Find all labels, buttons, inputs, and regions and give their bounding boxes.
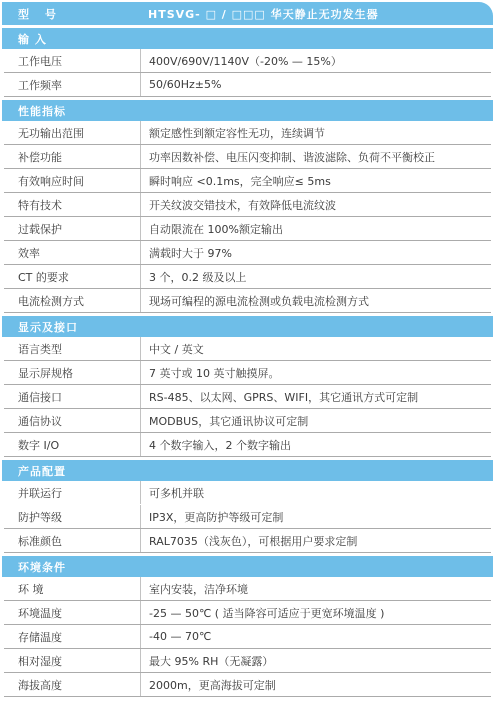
- spec-value: 可多机并联: [140, 481, 491, 504]
- section-rows: 环 境 室内安装，洁净环境 环境温度 -25 — 50℃ ( 适当降容可适应于更…: [0, 577, 495, 697]
- spec-label: 相对湿度: [4, 649, 140, 672]
- spec-value: RAL7035（浅灰色），可根据用户要求定制: [140, 529, 491, 552]
- spec-row: 标准颜色 RAL7035（浅灰色），可根据用户要求定制: [4, 529, 491, 553]
- section-header-bar: 输 入: [2, 28, 493, 49]
- spec-value: 开关纹波交错技术，有效降低电流纹波: [140, 193, 491, 216]
- spec-row: 通信接口 RS-485、以太网、GPRS、WIFI，其它通讯方式可定制: [4, 385, 491, 409]
- spec-row: 环 境 室内安装，洁净环境: [4, 577, 491, 601]
- spec-row: 显示屏规格 7 英寸或 10 英寸触摸屏。: [4, 361, 491, 385]
- spec-label: 无功输出范围: [4, 121, 140, 144]
- spec-label: 显示屏规格: [4, 361, 140, 384]
- spec-label: 环 境: [4, 577, 140, 600]
- spec-sheet: 型 号 HTSVG- □ / □□□ 华天静止无功发生器 输 入 工作电压 40…: [0, 0, 495, 703]
- spec-value: 7 英寸或 10 英寸触摸屏。: [140, 361, 491, 384]
- spec-value: 室内安装，洁净环境: [140, 577, 491, 600]
- spec-row: 数字 I/O 4 个数字输入，2 个数字输出: [4, 433, 491, 457]
- spec-label: 补偿功能: [4, 145, 140, 168]
- spec-value: 2000m，更高海拔可定制: [140, 673, 491, 696]
- spec-section: 显示及接口 语言类型 中文 / 英文 显示屏规格 7 英寸或 10 英寸触摸屏。…: [0, 316, 495, 457]
- section-title: 性能指标: [2, 103, 66, 119]
- spec-label: 防护等级: [4, 505, 140, 528]
- spec-label: 特有技术: [4, 193, 140, 216]
- spec-row: 有效响应时间 瞬时响应 <0.1ms，完全响应≤ 5ms: [4, 169, 491, 193]
- spec-sections: 输 入 工作电压 400V/690V/1140V（-20% — 15%） 工作频…: [0, 28, 495, 697]
- spec-section: 性能指标 无功输出范围 额定感性到额定容性无功，连续调节 补偿功能 功率因数补偿…: [0, 100, 495, 313]
- spec-value: 4 个数字输入，2 个数字输出: [140, 433, 491, 456]
- spec-row: 工作电压 400V/690V/1140V（-20% — 15%）: [4, 49, 491, 73]
- section-header-bar: 显示及接口: [2, 316, 493, 337]
- spec-value: MODBUS，其它通讯协议可定制: [140, 409, 491, 432]
- spec-value: 最大 95% RH（无凝露）: [140, 649, 491, 672]
- spec-row: 环境温度 -25 — 50℃ ( 适当降容可适应于更宽环境温度 ): [4, 601, 491, 625]
- spec-row: 存储温度 -40 — 70℃: [4, 625, 491, 649]
- spec-label: 工作频率: [4, 73, 140, 96]
- spec-value: 满载时大于 97%: [140, 241, 491, 264]
- spec-label: 有效响应时间: [4, 169, 140, 192]
- spec-label: 并联运行: [4, 481, 140, 504]
- spec-label: 环境温度: [4, 601, 140, 624]
- spec-row: 防护等级 IP3X，更高防护等级可定制: [4, 505, 491, 529]
- spec-value: IP3X，更高防护等级可定制: [140, 505, 491, 528]
- spec-label: 通信接口: [4, 385, 140, 408]
- section-header-bar: 产品配置: [2, 460, 493, 481]
- spec-row: 效率 满载时大于 97%: [4, 241, 491, 265]
- section-header-bar: 性能指标: [2, 100, 493, 121]
- spec-label: 电流检测方式: [4, 289, 140, 312]
- spec-section: 环境条件 环 境 室内安装，洁净环境 环境温度 -25 — 50℃ ( 适当降容…: [0, 556, 495, 697]
- spec-section: 产品配置 并联运行 可多机并联 防护等级 IP3X，更高防护等级可定制 标准颜色…: [0, 460, 495, 553]
- section-rows: 并联运行 可多机并联 防护等级 IP3X，更高防护等级可定制 标准颜色 RAL7…: [0, 481, 495, 553]
- spec-row: 过载保护 自动限流在 100%额定输出: [4, 217, 491, 241]
- spec-label: 存储温度: [4, 625, 140, 648]
- section-rows: 语言类型 中文 / 英文 显示屏规格 7 英寸或 10 英寸触摸屏。 通信接口 …: [0, 337, 495, 457]
- spec-value: -40 — 70℃: [140, 625, 491, 648]
- section-title: 产品配置: [2, 463, 66, 479]
- spec-row: 相对湿度 最大 95% RH（无凝露）: [4, 649, 491, 673]
- model-value: HTSVG- □ / □□□ 华天静止无功发生器: [138, 6, 379, 22]
- spec-label: 过载保护: [4, 217, 140, 240]
- spec-value: 瞬时响应 <0.1ms，完全响应≤ 5ms: [140, 169, 491, 192]
- spec-value: 现场可编程的源电流检测或负载电流检测方式: [140, 289, 491, 312]
- spec-label: 效率: [4, 241, 140, 264]
- spec-label: CT 的要求: [4, 265, 140, 288]
- spec-row: 电流检测方式 现场可编程的源电流检测或负载电流检测方式: [4, 289, 491, 313]
- spec-row: 海拔高度 2000m，更高海拔可定制: [4, 673, 491, 697]
- spec-row: 无功输出范围 额定感性到额定容性无功，连续调节: [4, 121, 491, 145]
- section-rows: 工作电压 400V/690V/1140V（-20% — 15%） 工作频率 50…: [0, 49, 495, 97]
- section-rows: 无功输出范围 额定感性到额定容性无功，连续调节 补偿功能 功率因数补偿、电压闪变…: [0, 121, 495, 313]
- spec-label: 数字 I/O: [4, 433, 140, 456]
- model-label: 型 号: [2, 6, 138, 22]
- spec-value: -25 — 50℃ ( 适当降容可适应于更宽环境温度 ): [140, 601, 491, 624]
- spec-value: 自动限流在 100%额定输出: [140, 217, 491, 240]
- spec-label: 通信协议: [4, 409, 140, 432]
- section-title: 输 入: [2, 31, 47, 47]
- section-header-bar: 环境条件: [2, 556, 493, 577]
- spec-label: 语言类型: [4, 337, 140, 360]
- section-title: 环境条件: [2, 559, 66, 575]
- spec-value: 50/60Hz±5%: [140, 73, 491, 96]
- spec-section: 输 入 工作电压 400V/690V/1140V（-20% — 15%） 工作频…: [0, 28, 495, 97]
- spec-row: CT 的要求 3 个，0.2 级及以上: [4, 265, 491, 289]
- spec-value: 中文 / 英文: [140, 337, 491, 360]
- spec-label: 海拔高度: [4, 673, 140, 696]
- spec-value: RS-485、以太网、GPRS、WIFI，其它通讯方式可定制: [140, 385, 491, 408]
- spec-value: 400V/690V/1140V（-20% — 15%）: [140, 49, 491, 72]
- spec-label: 工作电压: [4, 49, 140, 72]
- spec-label: 标准颜色: [4, 529, 140, 552]
- spec-row: 通信协议 MODBUS，其它通讯协议可定制: [4, 409, 491, 433]
- spec-value: 3 个，0.2 级及以上: [140, 265, 491, 288]
- spec-row: 工作频率 50/60Hz±5%: [4, 73, 491, 97]
- spec-row: 补偿功能 功率因数补偿、电压闪变抑制、谐波滤除、负荷不平衡校正: [4, 145, 491, 169]
- spec-row: 特有技术 开关纹波交错技术，有效降低电流纹波: [4, 193, 491, 217]
- spec-row: 并联运行 可多机并联: [4, 481, 491, 505]
- spec-row: 语言类型 中文 / 英文: [4, 337, 491, 361]
- model-header-row: 型 号 HTSVG- □ / □□□ 华天静止无功发生器: [2, 2, 493, 25]
- spec-value: 功率因数补偿、电压闪变抑制、谐波滤除、负荷不平衡校正: [140, 145, 491, 168]
- section-title: 显示及接口: [2, 319, 78, 335]
- spec-value: 额定感性到额定容性无功，连续调节: [140, 121, 491, 144]
